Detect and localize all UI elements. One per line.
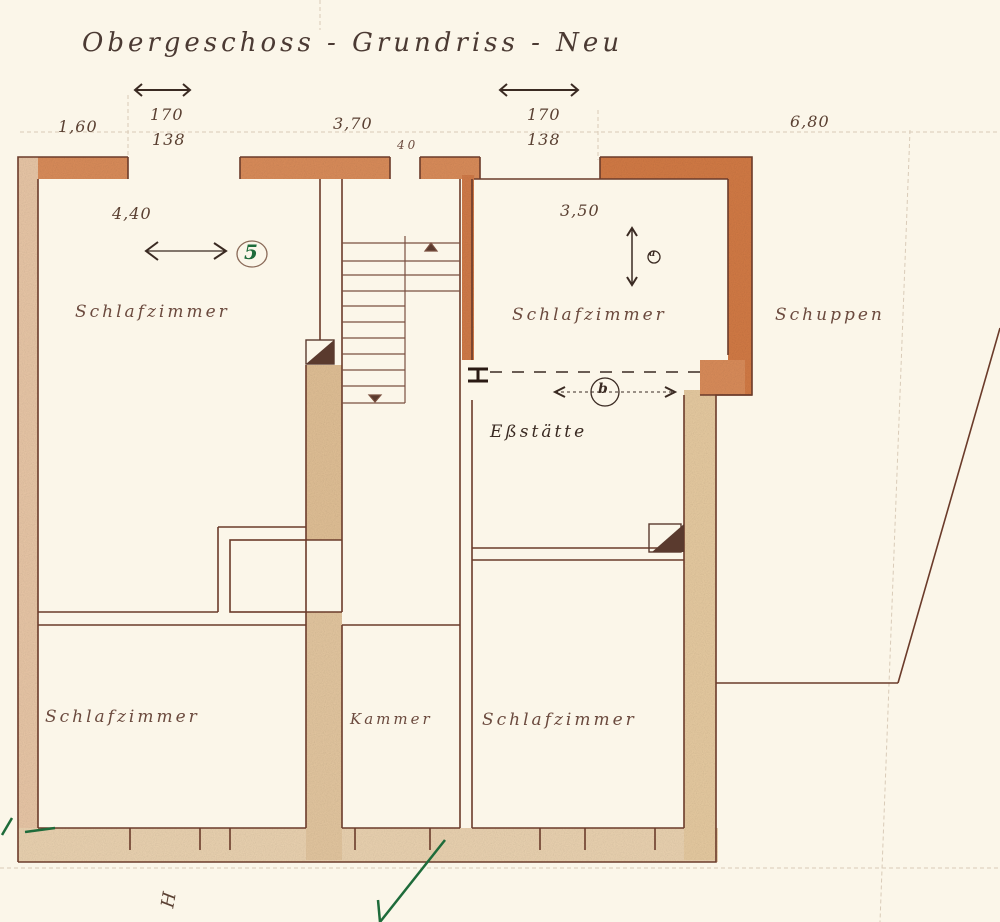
room-label-schlafzimmer-sw: Schlafzimmer (45, 707, 200, 727)
dimension-window-1-bottom: 138 (152, 130, 186, 149)
construction-lines (0, 0, 1000, 922)
dimension-room-2-width: 3,50 (560, 201, 600, 220)
room-label-schlafzimmer-ne: Schlafzimmer (512, 305, 667, 325)
floor-plan-sheet: Obergeschoss - Grundriss - Neu 1,60 170 … (0, 0, 1000, 922)
beam-marker-icon (468, 369, 488, 381)
dimension-right: 6,80 (790, 112, 830, 131)
room-marker-b: b (598, 381, 611, 397)
outer-walls (18, 157, 752, 862)
staircase (342, 236, 460, 403)
dimension-middle: 3,70 (333, 114, 373, 133)
dimension-room-1-width: 4,40 (112, 204, 152, 223)
dimension-window-2-bottom: 138 (527, 130, 561, 149)
room-label-essstaette: Eßstätte (490, 422, 587, 442)
room-label-schlafzimmer-nw: Schlafzimmer (75, 302, 230, 322)
dimension-window-2-top: 170 (527, 105, 561, 124)
room-label-schuppen: Schuppen (775, 305, 885, 325)
page-title: Obergeschoss - Grundriss - Neu (82, 28, 623, 58)
floor-plan-drawing (0, 0, 1000, 922)
section-mark: H (157, 887, 181, 909)
room-label-kammer: Kammer (350, 710, 433, 728)
wall-outlines (18, 157, 1000, 862)
dimension-door-gap: 40 (397, 138, 418, 152)
dimension-arrows (135, 84, 700, 397)
dimension-top-left: 1,60 (58, 117, 98, 136)
room-label-schlafzimmer-se: Schlafzimmer (482, 710, 637, 730)
dimension-window-1-top: 170 (150, 105, 184, 124)
room-marker-a: a (649, 248, 658, 259)
room-marker-5: 5 (244, 240, 261, 264)
